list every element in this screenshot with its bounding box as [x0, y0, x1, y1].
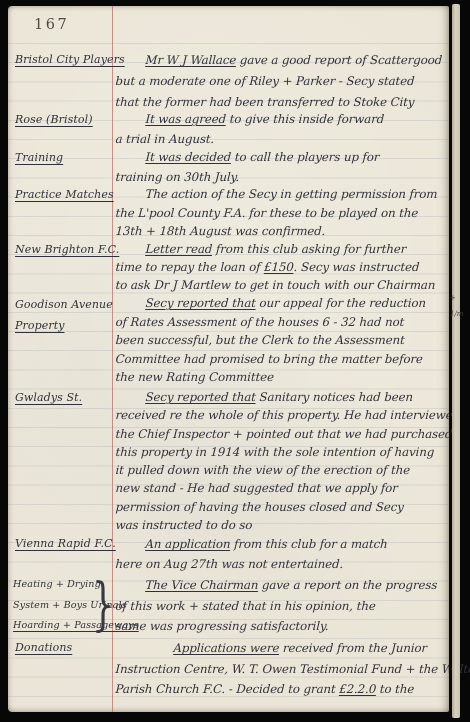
page-gutter: [449, 4, 451, 718]
margin-label: Donations: [15, 638, 112, 658]
text-segment: received re the whole of this property. …: [115, 408, 460, 422]
text-segment: Instruction Centre, W. T. Owen Testimoni…: [115, 662, 470, 676]
text-segment: to ask Dr J Martlew to get in touch with…: [115, 278, 436, 292]
body-line: new stand - He had suggested that we app…: [115, 479, 450, 497]
text-segment: to the: [376, 682, 415, 696]
text-segment: gave a report on the progress: [258, 578, 438, 592]
body-line: It was decided to call the players up fo…: [115, 148, 450, 168]
text-segment: . Secy was instructed: [293, 260, 419, 274]
underlined-phrase: It was agreed: [145, 112, 226, 126]
body-line: this property in 1914 with the sole inte…: [115, 443, 450, 461]
body-line: the new Rating Committee: [115, 368, 450, 387]
text-segment: from this club asking for further: [212, 242, 407, 256]
text-segment: new stand - He had suggested that we app…: [115, 481, 398, 495]
body-line: time to repay the loan of £150. Secy was…: [115, 258, 450, 276]
entry-body: Applications were received from the Juni…: [116, 638, 450, 700]
text-segment: a trial in August.: [115, 132, 214, 146]
underlined-phrase: Secy reported that: [145, 390, 256, 404]
text-segment: of Rates Assessment of the houses 6 - 32…: [115, 315, 404, 329]
body-line: Parish Church F.C. - Decided to grant £2…: [115, 679, 450, 700]
entry-body: An application from this club for a matc…: [116, 534, 450, 574]
text-segment: Parish Church F.C. - Decided to grant: [115, 682, 340, 696]
text-segment: it pulled down with the view of the erec…: [115, 463, 410, 477]
body-line: the L'pool County F.A. for these to be p…: [115, 204, 450, 223]
entry-body: The Vice Chairman gave a report on the p…: [116, 575, 450, 637]
text-segment: The action of the Secy in getting permis…: [145, 187, 438, 201]
underlined-phrase: Mr W J Wallace: [145, 53, 236, 67]
text-segment: received from the Junior: [279, 641, 427, 655]
body-line: of Rates Assessment of the houses 6 - 32…: [115, 313, 450, 332]
page-edge-strip: +1/m: [452, 4, 460, 718]
margin-label: New Brighton F.C.: [15, 240, 112, 260]
margin-label: Goodison AvenueProperty: [15, 294, 112, 336]
margin-label-line: New Brighton F.C.: [15, 240, 112, 260]
body-line: same was progressing satisfactorily.: [115, 616, 450, 637]
text-segment: here on Aug 27th was not entertained.: [115, 557, 343, 571]
text-segment: to call the players up for: [231, 150, 380, 164]
text-segment: permission of having the houses closed a…: [115, 500, 404, 514]
entry-body: Secy reported that our appeal for the re…: [116, 294, 450, 387]
text-segment: the L'pool County F.A. for these to be p…: [115, 206, 418, 220]
margin-label-line: Goodison Avenue: [15, 294, 112, 315]
body-line: was instructed to do so: [115, 516, 450, 534]
body-line: The Vice Chairman gave a report on the p…: [115, 575, 450, 596]
text-segment: gave a good report of Scattergood: [236, 53, 443, 67]
margin-label-line: Donations: [15, 638, 112, 658]
text-segment: training on 30th July.: [115, 170, 239, 184]
margin-label-line: Bristol City Players: [15, 50, 112, 70]
margin-label-line: Gwladys St.: [15, 388, 112, 408]
margin-label: Heating + DryingSystem + Boys UrinalsHoa…: [13, 575, 110, 637]
margin-label-line: Practice Matches: [15, 185, 112, 205]
underlined-phrase: £150: [264, 260, 294, 274]
body-line: permission of having the houses closed a…: [115, 498, 450, 516]
text-segment: Sanitary notices had been: [256, 390, 414, 404]
underlined-phrase: An application: [145, 537, 231, 551]
margin-label: Training: [15, 148, 112, 168]
brace-mark: }: [92, 571, 114, 638]
entry-body: Mr W J Wallace gave a good report of Sca…: [116, 50, 450, 113]
body-line: it pulled down with the view of the erec…: [115, 461, 450, 479]
body-line: received re the whole of this property. …: [115, 406, 450, 424]
margin-label: Vienna Rapid F.C.: [15, 534, 112, 554]
text-segment: our appeal for the reduction: [256, 296, 427, 310]
text-segment: same was progressing satisfactorily.: [115, 619, 329, 633]
entry-body: The action of the Secy in getting permis…: [116, 185, 450, 241]
text-segment: 13th + 18th August was confirmed.: [115, 224, 326, 238]
edge-mark: +: [450, 294, 464, 302]
text-segment: the Chief Inspector + pointed out that w…: [115, 427, 453, 441]
margin-label: Practice Matches: [15, 185, 112, 205]
body-line: here on Aug 27th was not entertained.: [115, 554, 450, 574]
body-line: Secy reported that Sanitary notices had …: [115, 388, 450, 406]
text-segment: Committee had promised to bring the matt…: [115, 352, 423, 366]
text-segment: to give this inside forward: [226, 112, 385, 126]
underlined-phrase: £2.2.0: [339, 682, 377, 696]
text-segment: time to repay the loan of: [115, 260, 264, 274]
body-line: An application from this club for a matc…: [115, 534, 450, 554]
text-segment: but a moderate one of Riley + Parker - S…: [115, 74, 415, 88]
body-line: been successful, but the Clerk to the As…: [115, 331, 450, 350]
body-line: a trial in August.: [115, 130, 450, 150]
entry-body: Secy reported that Sanitary notices had …: [116, 388, 450, 534]
text-segment: the new Rating Committee: [115, 370, 274, 384]
body-line: Instruction Centre, W. T. Owen Testimoni…: [115, 659, 450, 680]
body-line: of this work + stated that in his opinio…: [115, 596, 450, 617]
margin-label-line: Vienna Rapid F.C.: [15, 534, 112, 554]
margin-label-line: Property: [15, 315, 112, 336]
underlined-phrase: It was decided: [145, 150, 231, 164]
text-segment: of this work + stated that in his opinio…: [115, 599, 376, 613]
margin-label: Rose (Bristol): [15, 110, 112, 130]
body-line: 13th + 18th August was confirmed.: [115, 222, 450, 241]
body-line: Committee had promised to bring the matt…: [115, 350, 450, 369]
entry-body: It was decided to call the players up fo…: [116, 148, 450, 187]
text-segment: this property in 1914 with the sole inte…: [115, 445, 434, 459]
margin-label: Bristol City Players: [15, 50, 112, 70]
scanned-minute-book: 167 Bristol City PlayersMr W J Wallace g…: [0, 0, 470, 722]
body-line: Applications were received from the Juni…: [115, 638, 450, 659]
entries: Bristol City PlayersMr W J Wallace gave …: [8, 6, 449, 712]
entry-body: Letter read from this club asking for fu…: [116, 240, 450, 294]
minute-book-page: 167 Bristol City PlayersMr W J Wallace g…: [8, 6, 449, 712]
margin-label-line: Training: [15, 148, 112, 168]
body-line: but a moderate one of Riley + Parker - S…: [115, 71, 450, 92]
underlined-phrase: The Vice Chairman: [145, 578, 259, 592]
body-line: It was agreed to give this inside forwar…: [115, 110, 450, 130]
underlined-phrase: Applications were: [173, 641, 280, 655]
underlined-phrase: Secy reported that: [145, 296, 256, 310]
text-segment: that the former had been transferred to …: [115, 95, 415, 109]
body-line: Letter read from this club asking for fu…: [115, 240, 450, 258]
text-segment: was instructed to do so: [115, 518, 253, 532]
text-segment: been successful, but the Clerk to the As…: [115, 333, 405, 347]
body-line: Secy reported that our appeal for the re…: [115, 294, 450, 313]
body-line: to ask Dr J Martlew to get in touch with…: [115, 276, 450, 294]
margin-label: Gwladys St.: [15, 388, 112, 408]
body-line: the Chief Inspector + pointed out that w…: [115, 425, 450, 443]
margin-label-line: Rose (Bristol): [15, 110, 112, 130]
underlined-phrase: Letter read: [145, 242, 213, 256]
edge-mark: 1/m: [450, 310, 464, 318]
text-segment: from this club for a match: [230, 537, 388, 551]
body-line: The action of the Secy in getting permis…: [115, 185, 450, 204]
body-line: Mr W J Wallace gave a good report of Sca…: [115, 50, 450, 71]
entry-body: It was agreed to give this inside forwar…: [116, 110, 450, 149]
